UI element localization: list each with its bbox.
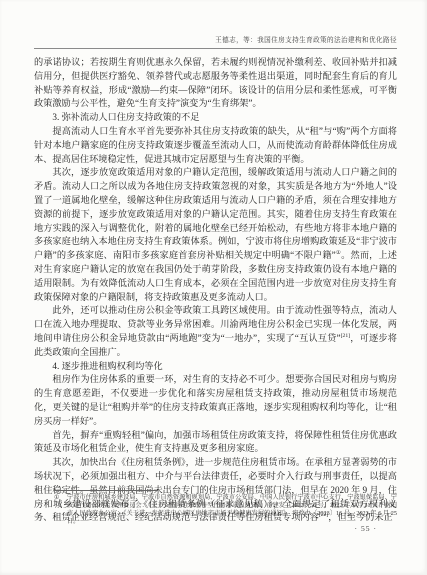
- text-run: 3. 弥补流动人口住房支持政策的不足: [52, 112, 199, 122]
- section-heading: 4. 逐步推进租购权利均等化: [34, 360, 397, 374]
- footnote-marker: ①: [54, 494, 67, 526]
- paragraph: 租房作为住房体系的重要一环，对生育的支持必不可少。想要弥合国民对租房与购房的生育…: [34, 373, 397, 428]
- body-text: 的承诺协议；若按期生育则优惠永久保留，若未履约则视情况补缴利差、收回补贴并扣减信…: [34, 56, 397, 525]
- text-run: 提高流动人口生育水平首先要弥补其住房支持政策的缺失，从“租”与“购”两个方面将针…: [34, 126, 397, 164]
- page-number: · 55 ·: [355, 524, 377, 533]
- paragraph: 提高流动人口生育水平首先要弥补其住房支持政策的缺失，从“租”与“购”两个方面将针…: [34, 125, 397, 166]
- paragraph: 的承诺协议；若按期生育则优惠永久保留，若未履约则视情况补缴利差、收回补贴并扣减信…: [34, 56, 397, 111]
- running-header: 王德志，等：我国住房支持生育政策的法治建构和优化路径: [34, 36, 397, 48]
- footnote-block: ① 宁波市住房和城乡建设局、宁波市自然资源和规划局、宁波市公安局、中国人民银行宁…: [34, 490, 397, 526]
- text-run: 4. 逐步推进租购权利均等化: [52, 361, 162, 371]
- page-content: 王德志，等：我国住房支持生育政策的法治建构和优化路径 的承诺协议；若按期生育则优…: [34, 36, 397, 525]
- text-run: 其次，逐步放宽政策适用对象的户籍认定范围，缓解政策适用与流动人口户籍之间的矛盾。…: [34, 167, 397, 260]
- footnote-separator: [54, 490, 158, 491]
- footnote: ① 宁波市住房和城乡建设局、宁波市自然资源和规划局、宁波市公安局、中国人民银行宁…: [34, 494, 397, 526]
- text-run: 的承诺协议；若按期生育则优惠永久保留，若未履约则视情况补缴利差、收回补贴并扣减信…: [34, 57, 397, 108]
- paper-page: 王德志，等：我国住房支持生育政策的法治建构和优化路径 的承诺协议；若按期生育则优…: [0, 0, 427, 575]
- paragraph: 首先，摒弃“重购轻租”偏向，加强市场租赁住房政策支持，将保障性租赁住房优惠政策延…: [34, 429, 397, 457]
- text-run: 租房作为住房体系的重要一环，对生育的支持必不可少。想要弥合国民对租房与购房的生育…: [34, 374, 397, 425]
- section-heading: 3. 弥补流动人口住房支持政策的不足: [34, 111, 397, 125]
- footnote-text: 宁波市住房和城乡建设局、宁波市自然资源和规划局、宁波市公安局、中国人民银行宁波市…: [67, 494, 397, 526]
- paragraph: 此外，还可以推动住房公积金等政策工具跨区域使用。由于流动性强等特点，流动人口在流…: [34, 304, 397, 359]
- header-rule: [34, 48, 397, 49]
- paragraph: 其次，逐步放宽政策适用对象的户籍认定范围，缓解政策适用与流动人口户籍之间的矛盾。…: [34, 166, 397, 304]
- reference-marker: [21]: [341, 333, 350, 339]
- text-run: 首先，摒弃“重购轻租”偏向，加强市场租赁住房政策支持，将保障性租赁住房优惠政策延…: [34, 430, 397, 454]
